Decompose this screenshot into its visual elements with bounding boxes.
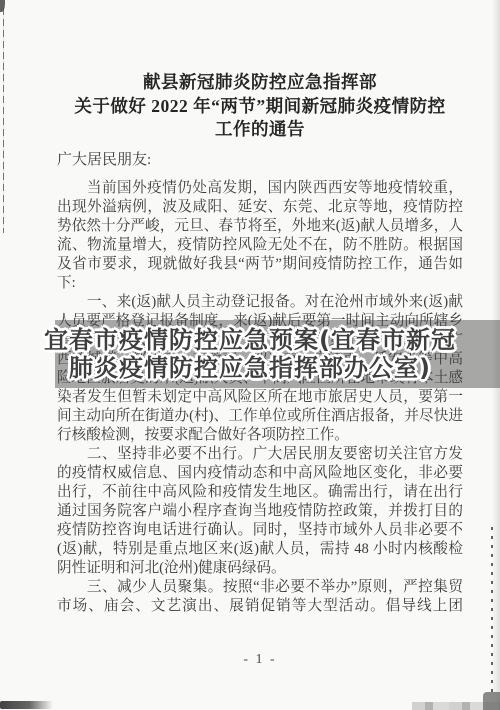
body-text-line: 染者发生但暂未划定中高风险区所在地市旅居史人员，要第一时 (57, 388, 463, 407)
page-number: - 1 - (57, 652, 463, 668)
body-text-line: 及省市要求，现就做好我县“两节”期间疫情防控工作，通告如 (57, 255, 463, 274)
body-text-line: 二、坚持非必要不出行。广大居民朋友要密切关注官方发布 (57, 445, 463, 464)
notice-title-line-1: 献县新冠肺炎防控应急指挥部 (57, 71, 463, 95)
body-text-line: 通过国务院客户端小程序查询当地疫情防控政策，并拨打目的地 (57, 502, 463, 521)
notice-body: 当前国外疫情仍处高发期，国内陕西西安等地疫情较重，并 出现外溢病例，波及咸阳、延… (57, 179, 463, 616)
body-text-line: 当前国外疫情仍处高发期，国内陕西西安等地疫情较重，并 (57, 179, 463, 198)
scan-bottom-left-smudge (0, 701, 53, 709)
overlay-caption-line-1: 宜春市疫情防控应急预案(宜春市新冠 (0, 326, 500, 354)
overlay-caption-text: 宜春市疫情防控应急预案(宜春市新冠 肺炎疫情防控应急指挥部办公室) (0, 326, 500, 382)
notice-title-line-2: 关于做好 2022 年“两节”期间新冠肺炎疫情防控 (57, 95, 463, 119)
notice-title-line-3: 工作的通告 (57, 118, 463, 142)
body-text-line: 出现外溢病例，波及咸阳、延安、东莞、北京等地，疫情防控形 (57, 198, 463, 217)
body-text-line: 势依然十分严峻，元旦、春节将至，外地来(返)献人员增多，人 (57, 217, 463, 236)
salutation: 广大居民朋友: (57, 151, 151, 170)
body-text-line: 下: (57, 274, 463, 293)
body-text-line: 市场、庙会、文艺演出、展销促销等大型活动。倡导线上团拜， (57, 597, 463, 616)
body-text-line: 的疫情权威信息、国内疫情动态和中高风险地区变化，非必要不 (57, 464, 463, 483)
body-text-line: 间主动向所在街道办(村)、工作单位或所住酒店报备，并尽快进 (57, 407, 463, 426)
scan-scratch-line (3, 8, 4, 233)
notice-title: 献县新冠肺炎防控应急指挥部 关于做好 2022 年“两节”期间新冠肺炎疫情防控 … (57, 71, 463, 142)
body-text-line: 行核酸检测，按要求配合做好各项防控工作。 (57, 426, 463, 445)
scanned-notice-image: 献县新冠肺炎防控应急指挥部 关于做好 2022 年“两节”期间新冠肺炎疫情防控 … (0, 0, 500, 710)
body-text-line: 流、物流量增大，疫情防控风险无处不在，防不胜防。根据国家 (57, 236, 463, 255)
body-text-line: 阴性证明和河北(沧州)健康码绿码。 (57, 559, 463, 578)
body-text-line: 疫情防控咨询电话进行确认。同时，坚持市域外人员非必要不来 (57, 521, 463, 540)
scan-binding-dots (491, 527, 493, 697)
body-text-line: (返)献，特别是重点地区来(返)献人员，需持 48 小时内核酸检测 (57, 540, 463, 559)
body-text-line: 一、来(返)献人员主动登记报备。对在沧州市域外来(返)献 (57, 293, 463, 312)
scan-bottom-right-blob (483, 692, 500, 710)
body-text-line: 三、减少人员聚集。按照“非必要不举办”原则，严控集贸 (57, 578, 463, 597)
body-text-line: 出行，不前往中高风险和疫情发生地区。确需出行，请在出行前 (57, 483, 463, 502)
overlay-caption-line-2: 肺炎疫情防控应急指挥部办公室) (0, 354, 500, 382)
